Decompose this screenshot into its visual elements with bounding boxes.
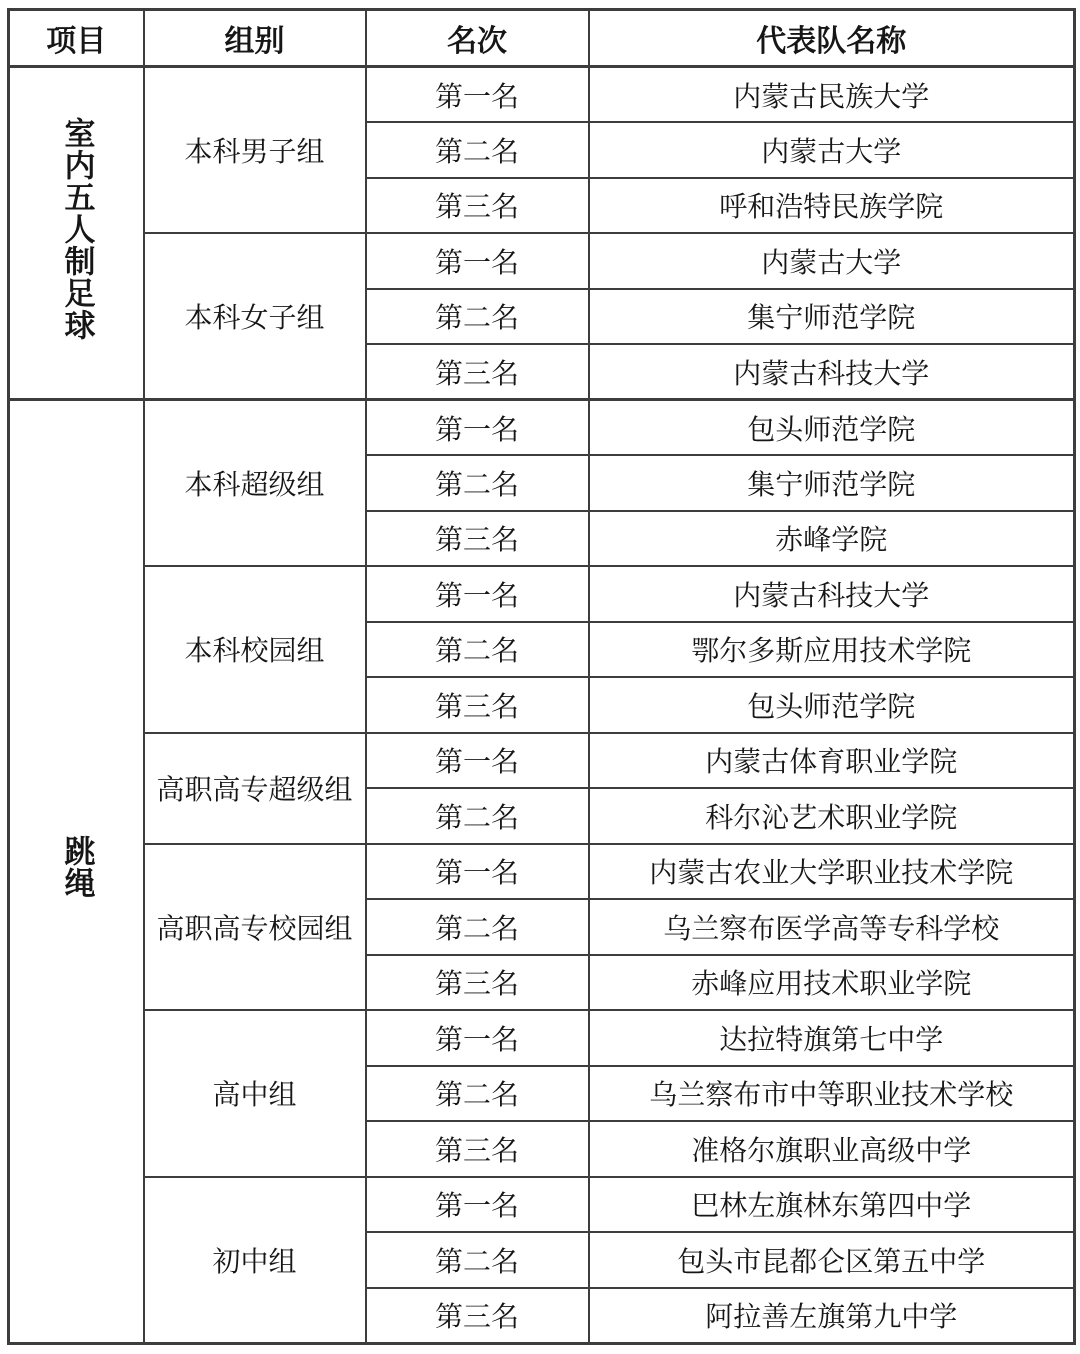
group-cell: 本科超级组 <box>144 400 366 567</box>
team-cell: 集宁师范学院 <box>589 455 1075 511</box>
team-cell: 包头师范学院 <box>589 400 1075 456</box>
results-table: 项目 组别 名次 代表队名称 室内五人制足球 本科男子组 第一名 内蒙古民族大学… <box>7 8 1076 1345</box>
team-cell: 内蒙古大学 <box>589 122 1075 178</box>
team-cell: 乌兰察布医学高等专科学校 <box>589 899 1075 955</box>
rank-cell: 第二名 <box>366 622 589 678</box>
group-cell: 本科男子组 <box>144 67 366 234</box>
rank-cell: 第二名 <box>366 289 589 345</box>
team-cell: 内蒙古民族大学 <box>589 67 1075 123</box>
header-group: 组别 <box>144 10 366 67</box>
group-cell: 初中组 <box>144 1177 366 1344</box>
rank-cell: 第二名 <box>366 122 589 178</box>
team-cell: 内蒙古体育职业学院 <box>589 733 1075 789</box>
rank-cell: 第一名 <box>366 67 589 123</box>
group-cell: 本科校园组 <box>144 566 366 733</box>
table-row: 本科校园组 第一名 内蒙古科技大学 <box>9 566 1075 622</box>
rank-cell: 第一名 <box>366 233 589 289</box>
table-row: 室内五人制足球 本科男子组 第一名 内蒙古民族大学 <box>9 67 1075 123</box>
header-event: 项目 <box>9 10 144 67</box>
team-cell: 鄂尔多斯应用技术学院 <box>589 622 1075 678</box>
team-cell: 内蒙古大学 <box>589 233 1075 289</box>
team-cell: 集宁师范学院 <box>589 289 1075 345</box>
event-cell: 室内五人制足球 <box>9 67 144 400</box>
team-cell: 包头市昆都仑区第五中学 <box>589 1232 1075 1288</box>
team-cell: 呼和浩特民族学院 <box>589 178 1075 234</box>
rank-cell: 第三名 <box>366 955 589 1011</box>
event-cell: 跳绳 <box>9 400 144 1344</box>
table-row: 跳绳 本科超级组 第一名 包头师范学院 <box>9 400 1075 456</box>
rank-cell: 第一名 <box>366 1010 589 1066</box>
team-cell: 巴林左旗林东第四中学 <box>589 1177 1075 1233</box>
rank-cell: 第三名 <box>366 1288 589 1344</box>
team-cell: 乌兰察布市中等职业技术学校 <box>589 1066 1075 1122</box>
header-team: 代表队名称 <box>589 10 1075 67</box>
team-cell: 包头师范学院 <box>589 677 1075 733</box>
rank-cell: 第三名 <box>366 178 589 234</box>
team-cell: 赤峰应用技术职业学院 <box>589 955 1075 1011</box>
rank-cell: 第二名 <box>366 455 589 511</box>
team-cell: 科尔沁艺术职业学院 <box>589 788 1075 844</box>
team-cell: 内蒙古科技大学 <box>589 344 1075 400</box>
table-row: 高中组 第一名 达拉特旗第七中学 <box>9 1010 1075 1066</box>
team-cell: 达拉特旗第七中学 <box>589 1010 1075 1066</box>
event-label: 室内五人制足球 <box>60 117 93 341</box>
rank-cell: 第一名 <box>366 400 589 456</box>
team-cell: 内蒙古农业大学职业技术学院 <box>589 844 1075 900</box>
group-cell: 高职高专超级组 <box>144 733 366 844</box>
rank-cell: 第一名 <box>366 1177 589 1233</box>
table-row: 高职高专校园组 第一名 内蒙古农业大学职业技术学院 <box>9 844 1075 900</box>
rank-cell: 第一名 <box>366 733 589 789</box>
rank-cell: 第二名 <box>366 788 589 844</box>
team-cell: 赤峰学院 <box>589 511 1075 567</box>
rank-cell: 第二名 <box>366 1066 589 1122</box>
table-header-row: 项目 组别 名次 代表队名称 <box>9 10 1075 67</box>
rank-cell: 第二名 <box>366 1232 589 1288</box>
rank-cell: 第二名 <box>366 899 589 955</box>
rank-cell: 第三名 <box>366 1121 589 1177</box>
team-cell: 内蒙古科技大学 <box>589 566 1075 622</box>
rank-cell: 第一名 <box>366 566 589 622</box>
header-rank: 名次 <box>366 10 589 67</box>
rank-cell: 第三名 <box>366 677 589 733</box>
rank-cell: 第三名 <box>366 344 589 400</box>
rank-cell: 第一名 <box>366 844 589 900</box>
team-cell: 阿拉善左旗第九中学 <box>589 1288 1075 1344</box>
rank-cell: 第三名 <box>366 511 589 567</box>
table-row: 本科女子组 第一名 内蒙古大学 <box>9 233 1075 289</box>
table-row: 高职高专超级组 第一名 内蒙古体育职业学院 <box>9 733 1075 789</box>
team-cell: 准格尔旗职业高级中学 <box>589 1121 1075 1177</box>
group-cell: 本科女子组 <box>144 233 366 400</box>
group-cell: 高职高专校园组 <box>144 844 366 1011</box>
table-row: 初中组 第一名 巴林左旗林东第四中学 <box>9 1177 1075 1233</box>
event-label: 跳绳 <box>60 835 93 899</box>
group-cell: 高中组 <box>144 1010 366 1177</box>
